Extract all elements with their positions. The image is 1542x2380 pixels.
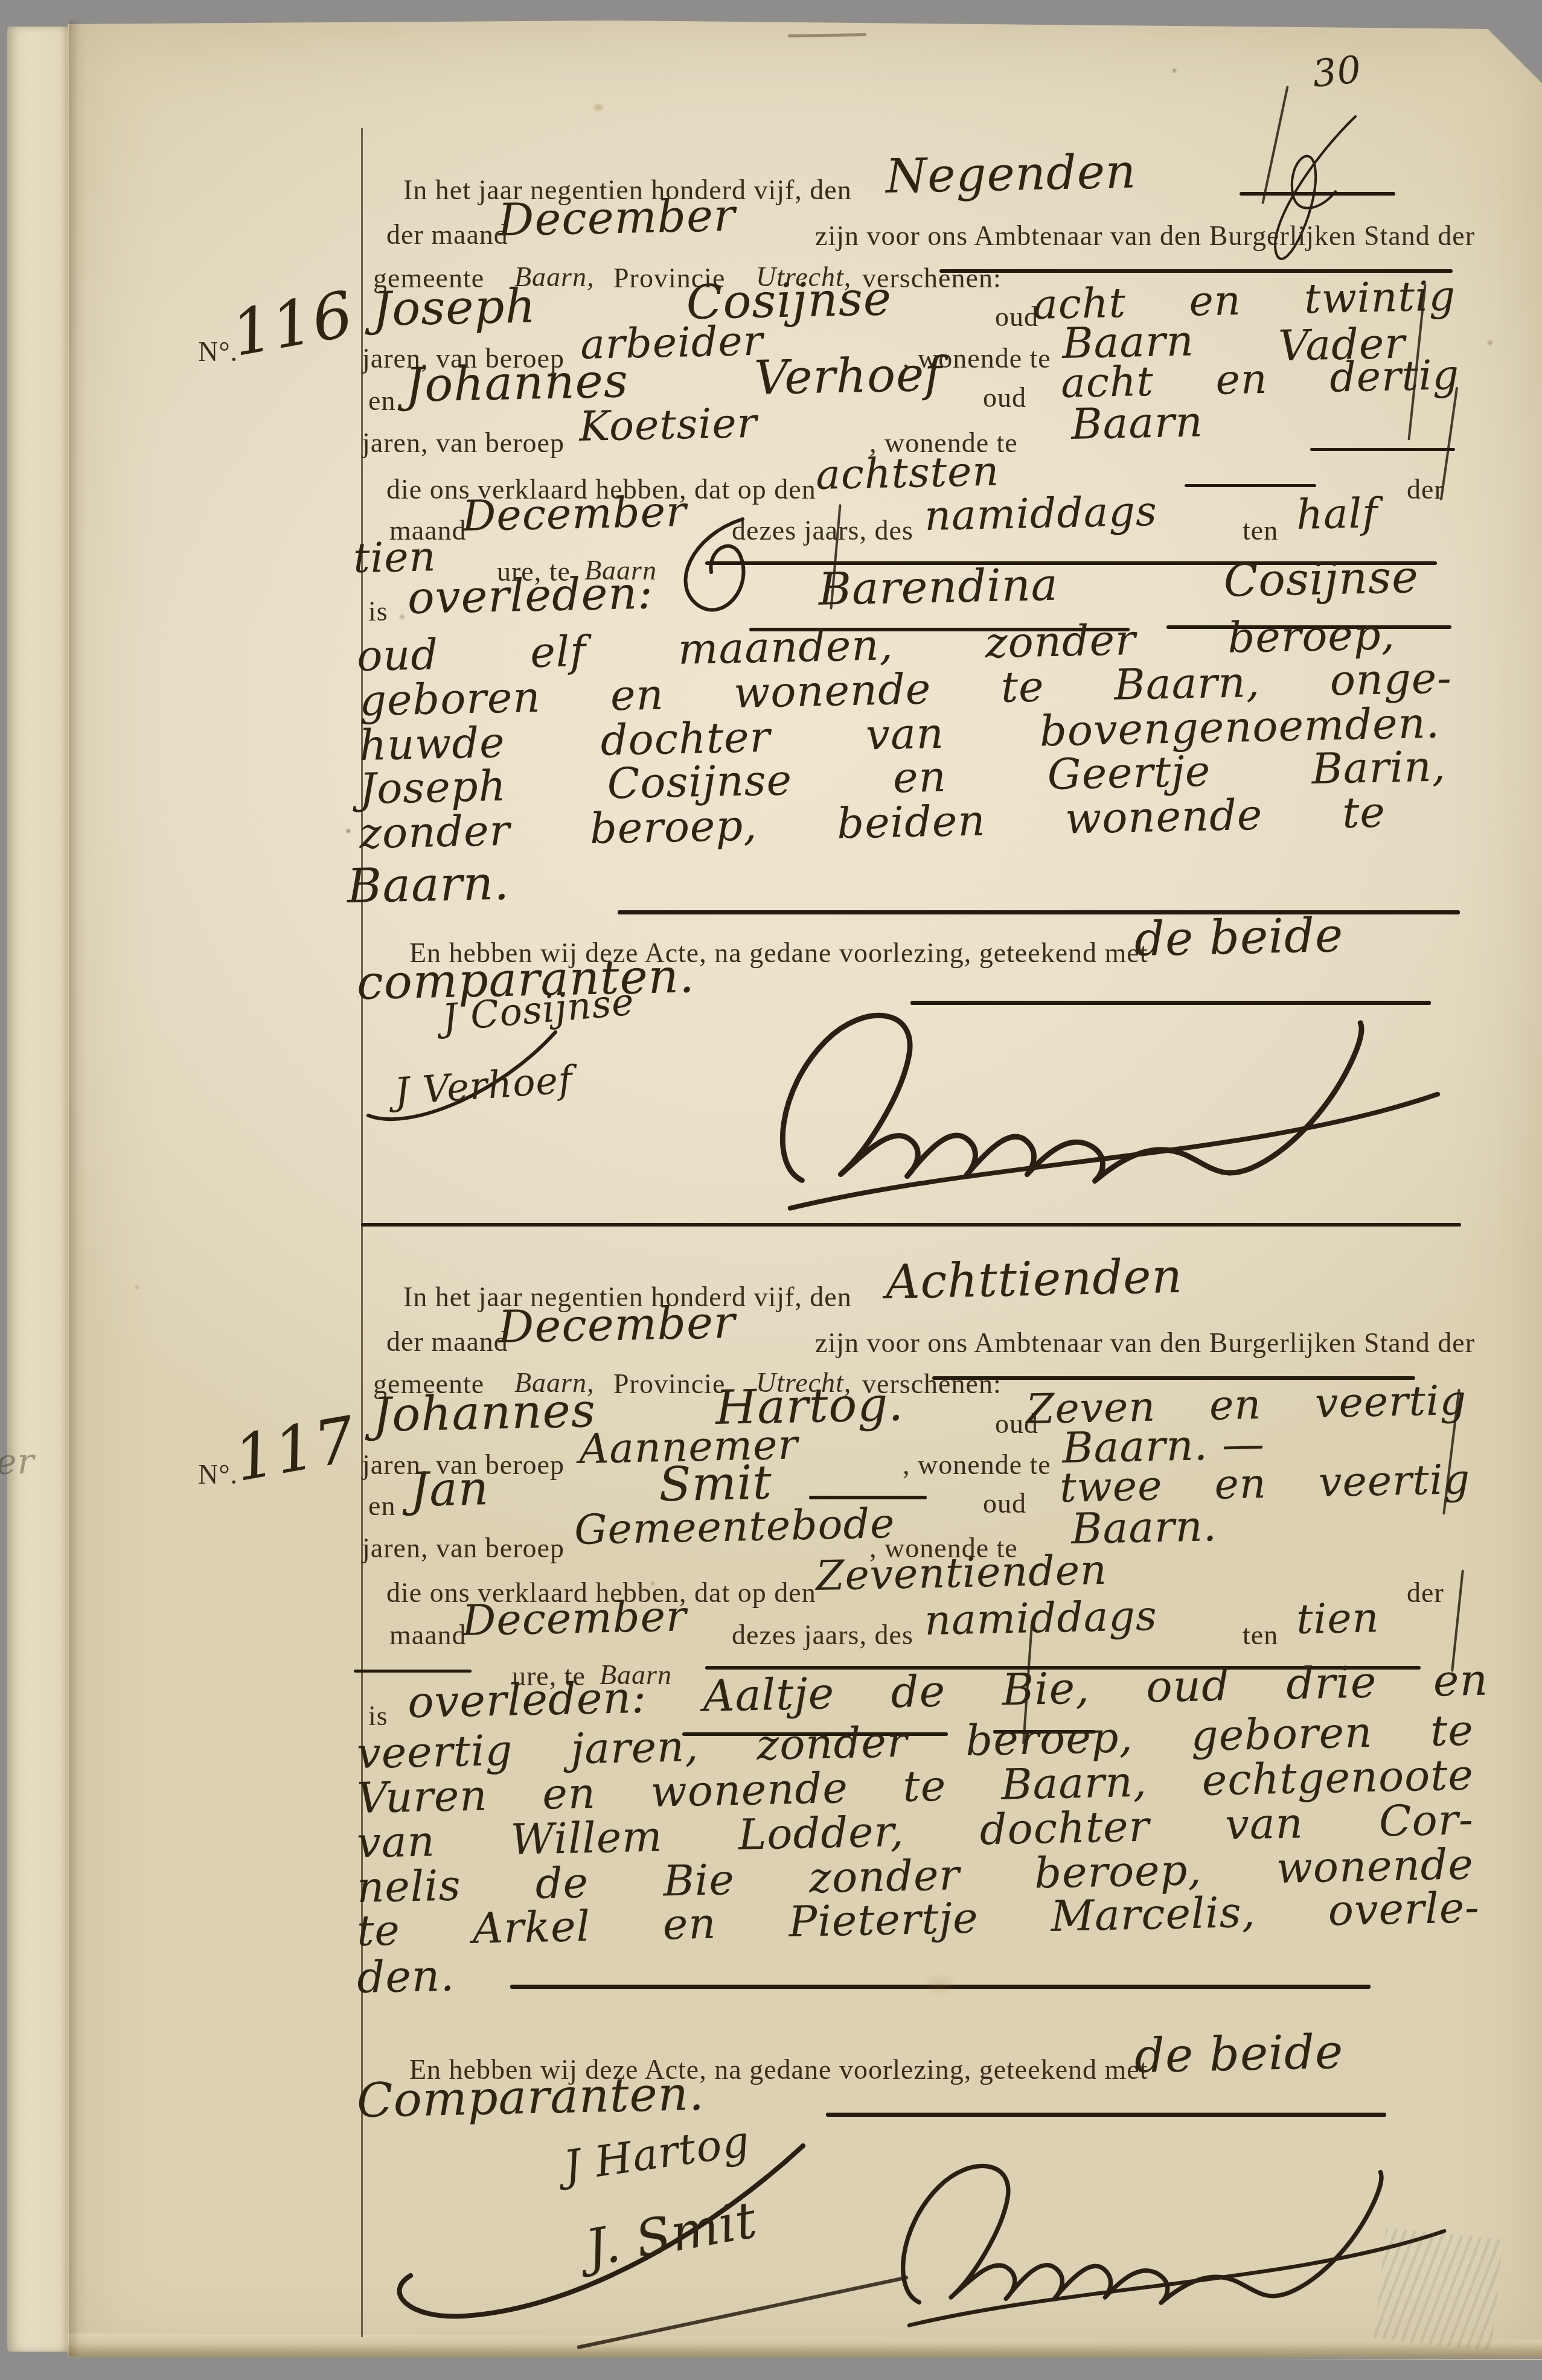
r117-printed-oud-2: oud	[983, 1487, 1026, 1519]
r117-printed-jaren-beroep-2: jaren, van beroep	[362, 1532, 565, 1564]
r117-hw-closing-2: Comparanten.	[356, 2067, 705, 2128]
r117-printed-dezes-jaars: dezes jaars, des	[732, 1619, 913, 1651]
record-116-no-label: N°.	[198, 336, 238, 368]
r116-printed-is: is	[368, 595, 388, 627]
r116-printed-der: der	[1407, 473, 1444, 505]
ink-fleck	[345, 828, 351, 834]
r116-hw-day: Negenden	[885, 142, 1230, 204]
r116-hw-comparant2-beroep: Koetsier	[578, 400, 757, 451]
foxing-spot	[398, 613, 406, 621]
fill-line	[939, 269, 1453, 273]
r117-printed-der-maand: der maand	[386, 1326, 508, 1357]
foxing-spot	[1486, 339, 1494, 346]
r116-hw-death-month: December	[461, 487, 687, 541]
r116-printed-ten: ten	[1243, 514, 1278, 546]
r116-printed-en: en	[368, 384, 395, 416]
bleed-through-fragment: er	[0, 1441, 35, 1482]
r116-printed-oud-1: oud	[995, 301, 1038, 333]
r117-hw-overleden-7: den.	[356, 1950, 455, 2003]
record-divider-line	[361, 1223, 1461, 1227]
r117-hw-dagdeel: namiddags	[924, 1591, 1215, 1645]
record-117-no-label: N°.	[198, 1458, 238, 1490]
fill-line	[1310, 448, 1455, 451]
pencil-smudge	[1374, 2227, 1503, 2350]
r117-printed-wonende-1: , wonende te	[903, 1449, 1051, 1481]
foxing-spot	[592, 103, 605, 112]
r116-hw-month: December	[497, 190, 736, 246]
signature-registrar-116	[746, 999, 1476, 1213]
r116-hw-closing-1: de beide	[1134, 908, 1344, 967]
r117-hw-closing-1: de beide	[1134, 2025, 1344, 2084]
r116-printed-ambtenaar: zijn voor ons Ambtenaar van den Burgerli…	[815, 220, 1475, 252]
r117-printed-en: en	[368, 1490, 395, 1522]
r117-printed-maand: maand	[389, 1619, 467, 1651]
hand-dash	[354, 1670, 472, 1673]
top-edge-mark	[788, 33, 866, 37]
foxing-spot	[134, 1284, 140, 1290]
r116-hw-uur-1: half	[1296, 490, 1378, 539]
fill-line	[826, 2113, 1386, 2117]
r116-hw-overleden-7: Baarn.	[347, 856, 510, 914]
photographed-register-page: { "page": { "number": "30", "bleed_fragm…	[0, 0, 1542, 2380]
r116-printed-oud-2: oud	[983, 381, 1026, 413]
record-116-number: 116	[226, 277, 359, 371]
record-117-number: 117	[229, 1402, 362, 1496]
foxing-spot	[1171, 68, 1177, 74]
r117-printed-der: der	[1407, 1577, 1444, 1609]
r116-hw-comparant2-plaats: Baarn	[1070, 397, 1203, 449]
r116-printed-der-maand: der maand	[386, 219, 508, 250]
r117-hw-month: December	[497, 1297, 736, 1353]
fill-line	[809, 1496, 927, 1499]
foxing-spot	[650, 1580, 656, 1586]
r117-printed-is: is	[368, 1700, 388, 1732]
r117-hw-comparant2-beroep: Gemeentebode	[574, 1500, 895, 1554]
r117-printed-ten: ten	[1243, 1619, 1278, 1651]
page-number: 30	[1310, 47, 1363, 96]
r117-hw-death-month: December	[461, 1591, 687, 1645]
r117-hw-uur: tien	[1296, 1594, 1380, 1644]
r116-hw-dagdeel: namiddags	[924, 487, 1227, 540]
r117-printed-ambtenaar: zijn voor ons Ambtenaar van den Burgerli…	[815, 1327, 1475, 1359]
page-content: 30 er N°. 116 In het jaar negentien hond…	[0, 0, 1542, 2380]
r116-printed-jaren-beroep-2: jaren, van beroep	[362, 427, 565, 459]
stain	[921, 1973, 958, 1997]
r117-hw-day: Achttienden	[885, 1248, 1273, 1310]
